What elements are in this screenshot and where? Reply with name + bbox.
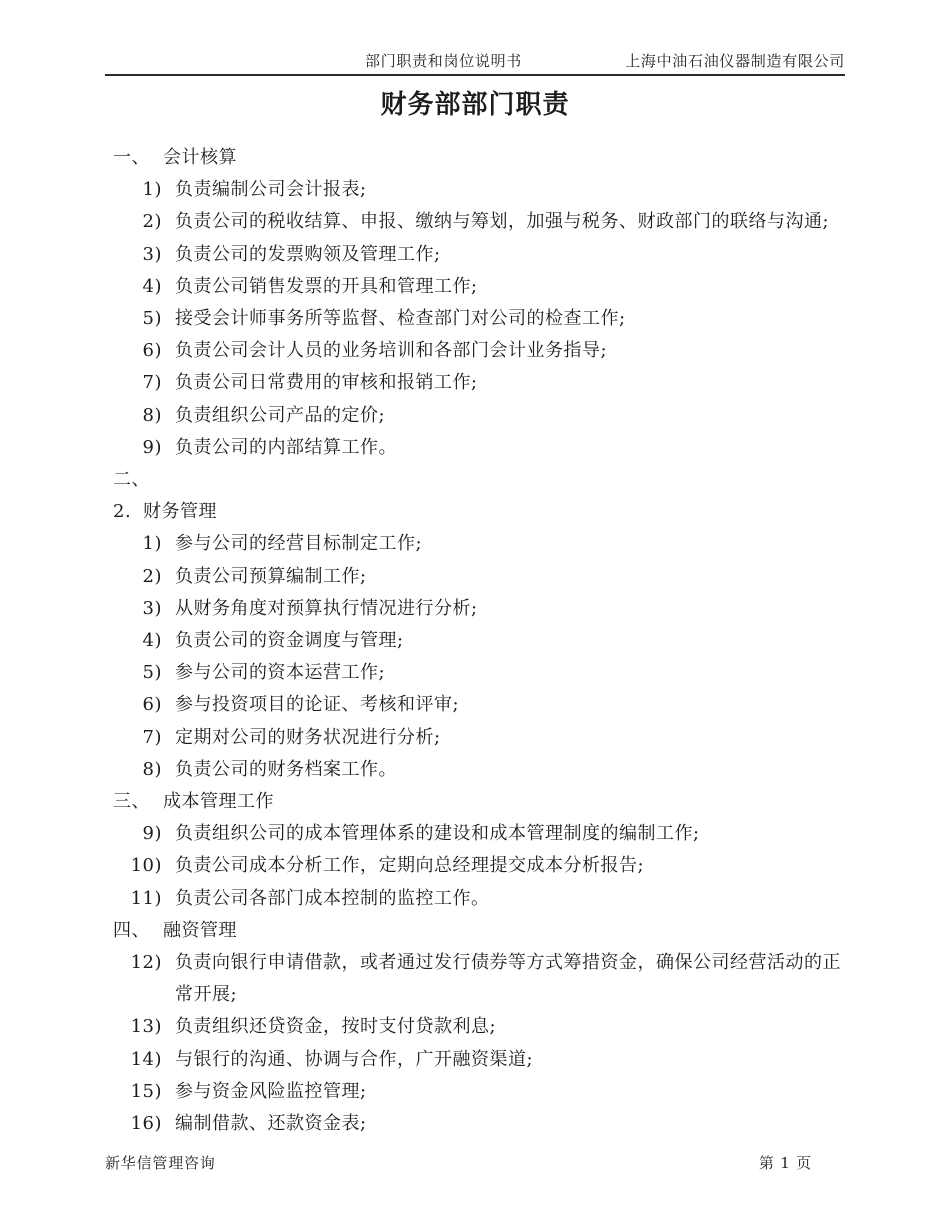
item-text: 负责组织还贷资金，按时支付贷款利息; — [175, 1011, 845, 1043]
item-number: 11) — [113, 883, 175, 915]
item-number: 7) — [113, 367, 175, 399]
item-number: 4) — [113, 625, 175, 657]
list-item: 5)接受会计师事务所等监督、检查部门对公司的检查工作; — [113, 303, 845, 335]
list-item: 12)负责向银行申请借款，或者通过发行债券等方式筹措资金，确保公司经营活动的正常… — [113, 947, 845, 1011]
item-text: 从财务角度对预算执行情况进行分析; — [175, 593, 845, 625]
item-text: 编制借款、还款资金表; — [175, 1108, 845, 1140]
list-item: 4)负责公司销售发票的开具和管理工作; — [113, 271, 845, 303]
item-number: 2) — [113, 206, 175, 238]
list-item: 3)从财务角度对预算执行情况进行分析; — [113, 593, 845, 625]
list-item: 8)负责公司的财务档案工作。 — [113, 754, 845, 786]
item-number: 8) — [113, 400, 175, 432]
list-item: 2)负责公司的税收结算、申报、缴纳与筹划，加强与税务、财政部门的联络与沟通; — [113, 206, 845, 238]
item-number: 15) — [113, 1076, 175, 1108]
header-company: 上海中油石油仪器制造有限公司 — [625, 50, 845, 71]
item-number: 1) — [113, 174, 175, 206]
list-item: 9)负责组织公司的成本管理体系的建设和成本管理制度的编制工作; — [113, 818, 845, 850]
item-number: 7) — [113, 722, 175, 754]
item-number: 5) — [113, 657, 175, 689]
section-heading: 三、成本管理工作 — [113, 786, 845, 818]
section-title: 会计核算 — [163, 142, 845, 174]
item-number: 3) — [113, 593, 175, 625]
list-item: 11)负责公司各部门成本控制的监控工作。 — [113, 883, 845, 915]
item-number: 2) — [113, 561, 175, 593]
item-text: 负责组织公司产品的定价; — [175, 400, 845, 432]
footer-company: 新华信管理咨询 — [105, 1152, 216, 1173]
item-number: 5) — [113, 303, 175, 335]
document-body: 一、会计核算1)负责编制公司会计报表;2)负责公司的税收结算、申报、缴纳与筹划，… — [105, 142, 845, 1140]
list-item: 1)负责编制公司会计报表; — [113, 174, 845, 206]
item-text: 参与投资项目的论证、考核和评审; — [175, 689, 845, 721]
document-page: 部门职责和岗位说明书 上海中油石油仪器制造有限公司 财务部部门职责 一、会计核算… — [0, 0, 950, 1230]
page-header: 部门职责和岗位说明书 上海中油石油仪器制造有限公司 — [105, 0, 845, 76]
list-item: 6)参与投资项目的论证、考核和评审; — [113, 689, 845, 721]
item-number: 14) — [113, 1044, 175, 1076]
item-number: 3) — [113, 239, 175, 271]
item-text: 负责公司的税收结算、申报、缴纳与筹划，加强与税务、财政部门的联络与沟通; — [175, 206, 845, 238]
item-text: 参与资金风险监控管理; — [175, 1076, 845, 1108]
section-title: 融资管理 — [163, 915, 845, 947]
item-text: 负责公司各部门成本控制的监控工作。 — [175, 883, 845, 915]
section-title — [163, 464, 845, 496]
section-marker: 四、 — [113, 915, 163, 947]
item-text: 负责组织公司的成本管理体系的建设和成本管理制度的编制工作; — [175, 818, 845, 850]
footer-page-number: 第 1 页 — [759, 1152, 812, 1173]
item-text: 参与公司的经营目标制定工作; — [175, 528, 845, 560]
item-text: 负责公司的内部结算工作。 — [175, 432, 845, 464]
item-text: 定期对公司的财务状况进行分析; — [175, 722, 845, 754]
item-number: 10) — [113, 850, 175, 882]
page-title: 财务部部门职责 — [105, 88, 845, 122]
item-text: 参与公司的资本运营工作; — [175, 657, 845, 689]
item-text: 负责公司的财务档案工作。 — [175, 754, 845, 786]
list-item: 15)参与资金风险监控管理; — [113, 1076, 845, 1108]
item-text: 负责公司销售发票的开具和管理工作; — [175, 271, 845, 303]
item-text: 负责公司预算编制工作; — [175, 561, 845, 593]
item-number: 1) — [113, 528, 175, 560]
section-marker: 二、 — [113, 464, 163, 496]
item-text: 负责向银行申请借款，或者通过发行债券等方式筹措资金，确保公司经营活动的正常开展; — [175, 947, 845, 1011]
list-item: 7)负责公司日常费用的审核和报销工作; — [113, 367, 845, 399]
list-item: 6)负责公司会计人员的业务培训和各部门会计业务指导; — [113, 335, 845, 367]
item-text: 负责公司的发票购领及管理工作; — [175, 239, 845, 271]
section-marker: 2. — [113, 496, 143, 528]
list-item: 1)参与公司的经营目标制定工作; — [113, 528, 845, 560]
item-number: 13) — [113, 1011, 175, 1043]
section-marker: 三、 — [113, 786, 163, 818]
list-item: 16)编制借款、还款资金表; — [113, 1108, 845, 1140]
list-item: 7)定期对公司的财务状况进行分析; — [113, 722, 845, 754]
list-item: 4)负责公司的资金调度与管理; — [113, 625, 845, 657]
item-text: 负责编制公司会计报表; — [175, 174, 845, 206]
item-text: 负责公司会计人员的业务培训和各部门会计业务指导; — [175, 335, 845, 367]
list-item: 10)负责公司成本分析工作，定期向总经理提交成本分析报告; — [113, 850, 845, 882]
list-item: 14)与银行的沟通、协调与合作，广开融资渠道; — [113, 1044, 845, 1076]
page-footer: 新华信管理咨询 第 1 页 — [105, 1152, 845, 1173]
item-number: 6) — [113, 689, 175, 721]
item-text: 与银行的沟通、协调与合作，广开融资渠道; — [175, 1044, 845, 1076]
section-marker: 一、 — [113, 142, 163, 174]
list-item: 13)负责组织还贷资金，按时支付贷款利息; — [113, 1011, 845, 1043]
item-text: 负责公司日常费用的审核和报销工作; — [175, 367, 845, 399]
list-item: 9)负责公司的内部结算工作。 — [113, 432, 845, 464]
list-item: 5)参与公司的资本运营工作; — [113, 657, 845, 689]
header-doc-type: 部门职责和岗位说明书 — [365, 50, 522, 71]
item-number: 9) — [113, 432, 175, 464]
list-item: 8)负责组织公司产品的定价; — [113, 400, 845, 432]
item-number: 12) — [113, 947, 175, 1011]
list-item: 2)负责公司预算编制工作; — [113, 561, 845, 593]
item-number: 4) — [113, 271, 175, 303]
section-title: 财务管理 — [143, 496, 845, 528]
section-heading: 2.财务管理 — [113, 496, 845, 528]
list-item: 3)负责公司的发票购领及管理工作; — [113, 239, 845, 271]
item-text: 接受会计师事务所等监督、检查部门对公司的检查工作; — [175, 303, 845, 335]
section-title: 成本管理工作 — [163, 786, 845, 818]
item-number: 8) — [113, 754, 175, 786]
item-text: 负责公司成本分析工作，定期向总经理提交成本分析报告; — [175, 850, 845, 882]
item-number: 9) — [113, 818, 175, 850]
item-text: 负责公司的资金调度与管理; — [175, 625, 845, 657]
item-number: 6) — [113, 335, 175, 367]
section-heading: 一、会计核算 — [113, 142, 845, 174]
item-number: 16) — [113, 1108, 175, 1140]
section-heading: 四、融资管理 — [113, 915, 845, 947]
section-heading: 二、 — [113, 464, 845, 496]
